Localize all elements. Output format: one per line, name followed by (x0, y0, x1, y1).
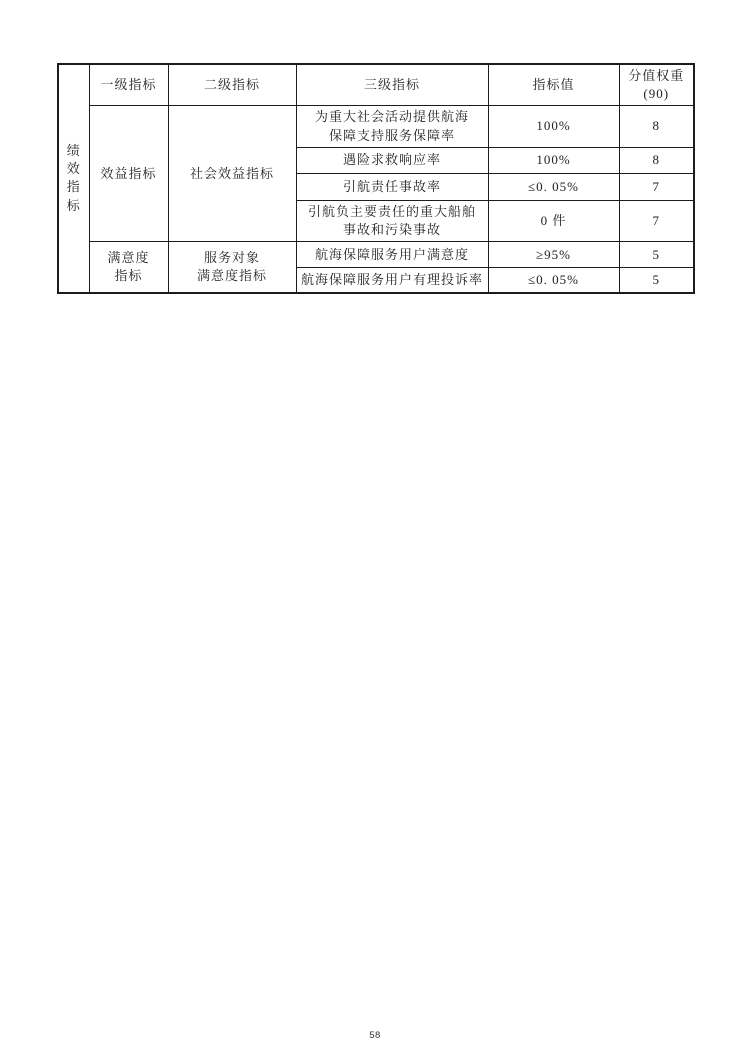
cell-level3: 遇险求救响应率 (296, 147, 488, 173)
header-level2: 二级指标 (168, 64, 296, 106)
header-level1: 一级指标 (89, 64, 168, 106)
cell-level3: 航海保障服务用户满意度 (296, 242, 488, 268)
page-number: 58 (0, 1030, 750, 1041)
cell-level3: 为重大社会活动提供航海 保障支持服务保障率 (296, 106, 488, 147)
header-level3: 三级指标 (296, 64, 488, 106)
group-cell-level1-satisfaction: 满意度 指标 (89, 242, 168, 293)
group-cell-level1-benefit: 效益指标 (89, 106, 168, 242)
table-row: 效益指标 社会效益指标 为重大社会活动提供航海 保障支持服务保障率 100% 8 (58, 106, 694, 147)
cell-weight: 5 (619, 268, 694, 293)
cell-weight: 7 (619, 200, 694, 241)
table-row: 满意度 指标 服务对象 满意度指标 航海保障服务用户满意度 ≥95% 5 (58, 242, 694, 268)
cell-value: ≤0. 05% (488, 173, 619, 200)
performance-indicator-table: 绩 效 指 标 一级指标 二级指标 三级指标 指标值 分值权重 (90) 效益指… (57, 63, 695, 294)
cell-weight: 5 (619, 242, 694, 268)
document-page: 绩 效 指 标 一级指标 二级指标 三级指标 指标值 分值权重 (90) 效益指… (0, 0, 750, 1060)
cell-weight: 7 (619, 173, 694, 200)
row-group-label-performance-indicators: 绩 效 指 标 (58, 64, 89, 293)
cell-value: ≤0. 05% (488, 268, 619, 293)
cell-weight: 8 (619, 147, 694, 173)
group-cell-level2-service-target-satisfaction: 服务对象 满意度指标 (168, 242, 296, 293)
header-value: 指标值 (488, 64, 619, 106)
cell-value: 100% (488, 106, 619, 147)
cell-level3: 航海保障服务用户有理投诉率 (296, 268, 488, 293)
group-cell-level2-social-benefit: 社会效益指标 (168, 106, 296, 242)
cell-level3: 引航责任事故率 (296, 173, 488, 200)
cell-weight: 8 (619, 106, 694, 147)
cell-value: ≥95% (488, 242, 619, 268)
header-weight: 分值权重 (90) (619, 64, 694, 106)
cell-value: 100% (488, 147, 619, 173)
cell-value: 0 件 (488, 200, 619, 241)
table-header-row: 绩 效 指 标 一级指标 二级指标 三级指标 指标值 分值权重 (90) (58, 64, 694, 106)
cell-level3: 引航负主要责任的重大船舶 事故和污染事故 (296, 200, 488, 241)
